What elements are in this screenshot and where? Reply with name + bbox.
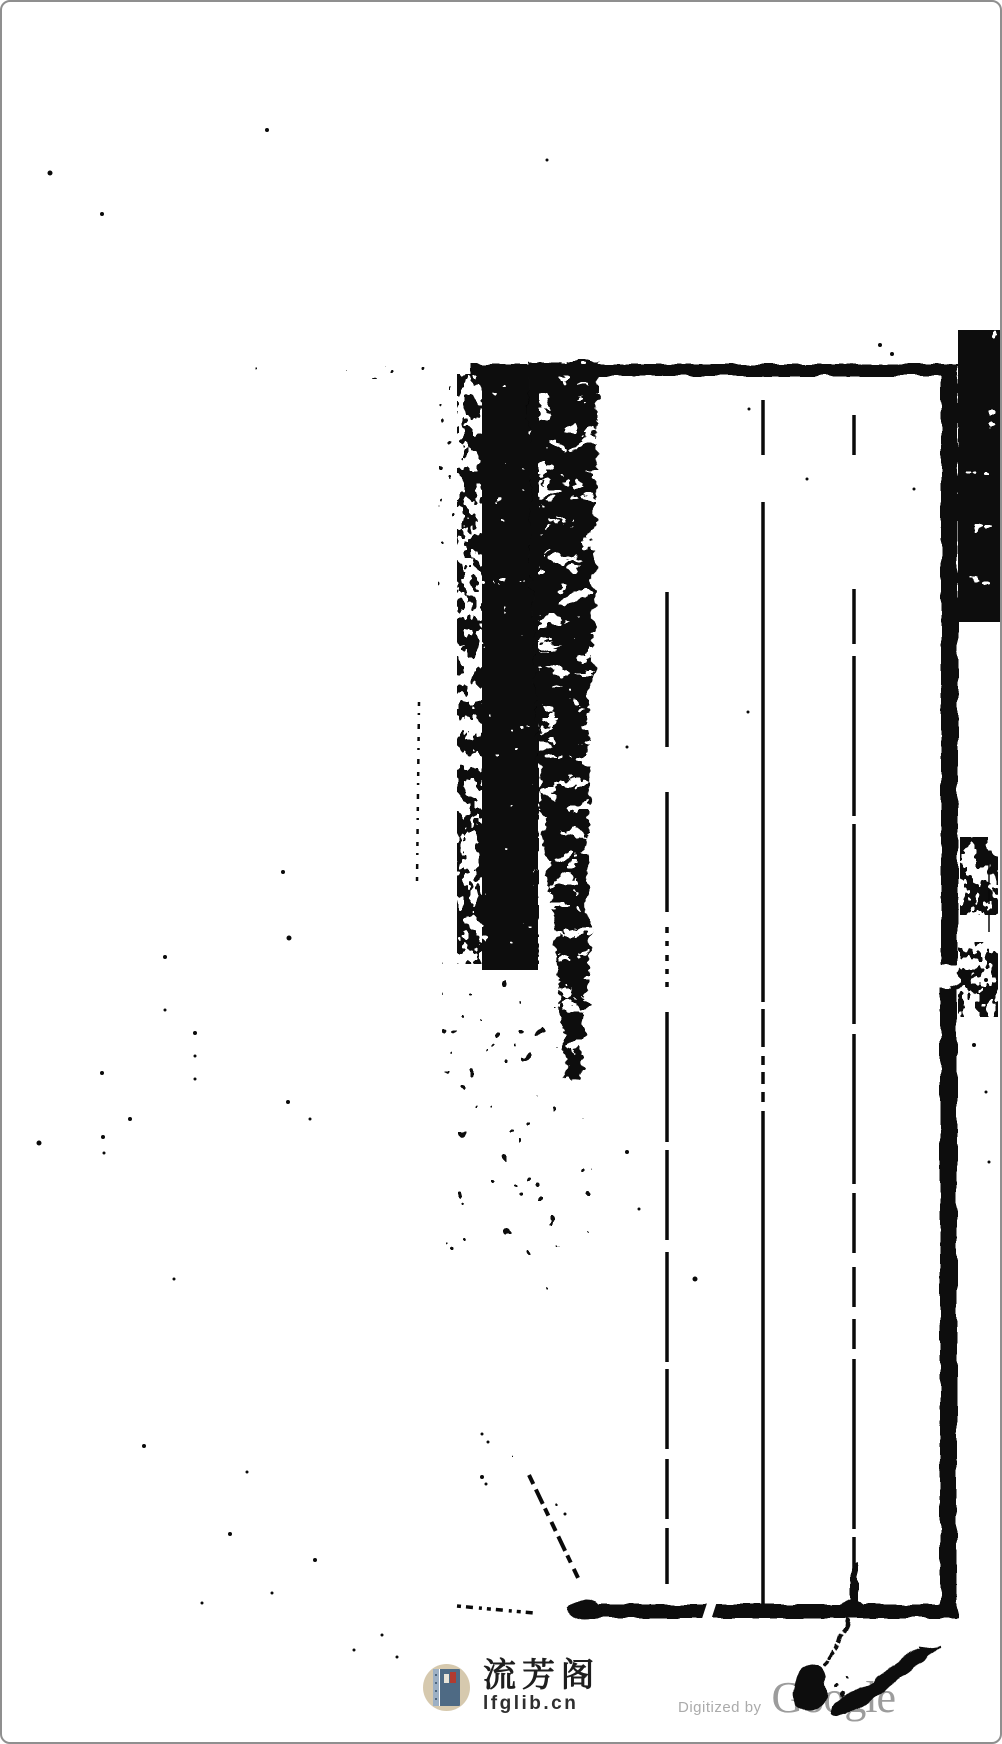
column-rule-lines	[667, 400, 858, 1606]
scanned-page: Digitized by Google 流芳阁 lfglib.cn	[0, 0, 1002, 1744]
ink-smudge-band	[255, 362, 598, 1613]
lfglib-site-domain: lfglib.cn	[483, 1694, 600, 1715]
thread-bound-book-icon	[433, 1669, 460, 1706]
margin-dirt-right	[958, 330, 1002, 1172]
google-watermark: Digitized by Google	[678, 1676, 895, 1720]
page-specks	[37, 128, 991, 1659]
scan-ink-layer	[2, 2, 1002, 1744]
page-frame-border	[472, 364, 980, 1626]
digitized-by-label: Digitized by	[678, 1699, 762, 1716]
google-logo: Google	[772, 1676, 896, 1720]
lfglib-watermark: 流芳阁 lfglib.cn	[423, 1660, 600, 1715]
seal-icon	[450, 1672, 456, 1683]
lfglib-site-name: 流芳阁	[483, 1660, 600, 1693]
lfglib-logo-badge	[423, 1664, 470, 1711]
